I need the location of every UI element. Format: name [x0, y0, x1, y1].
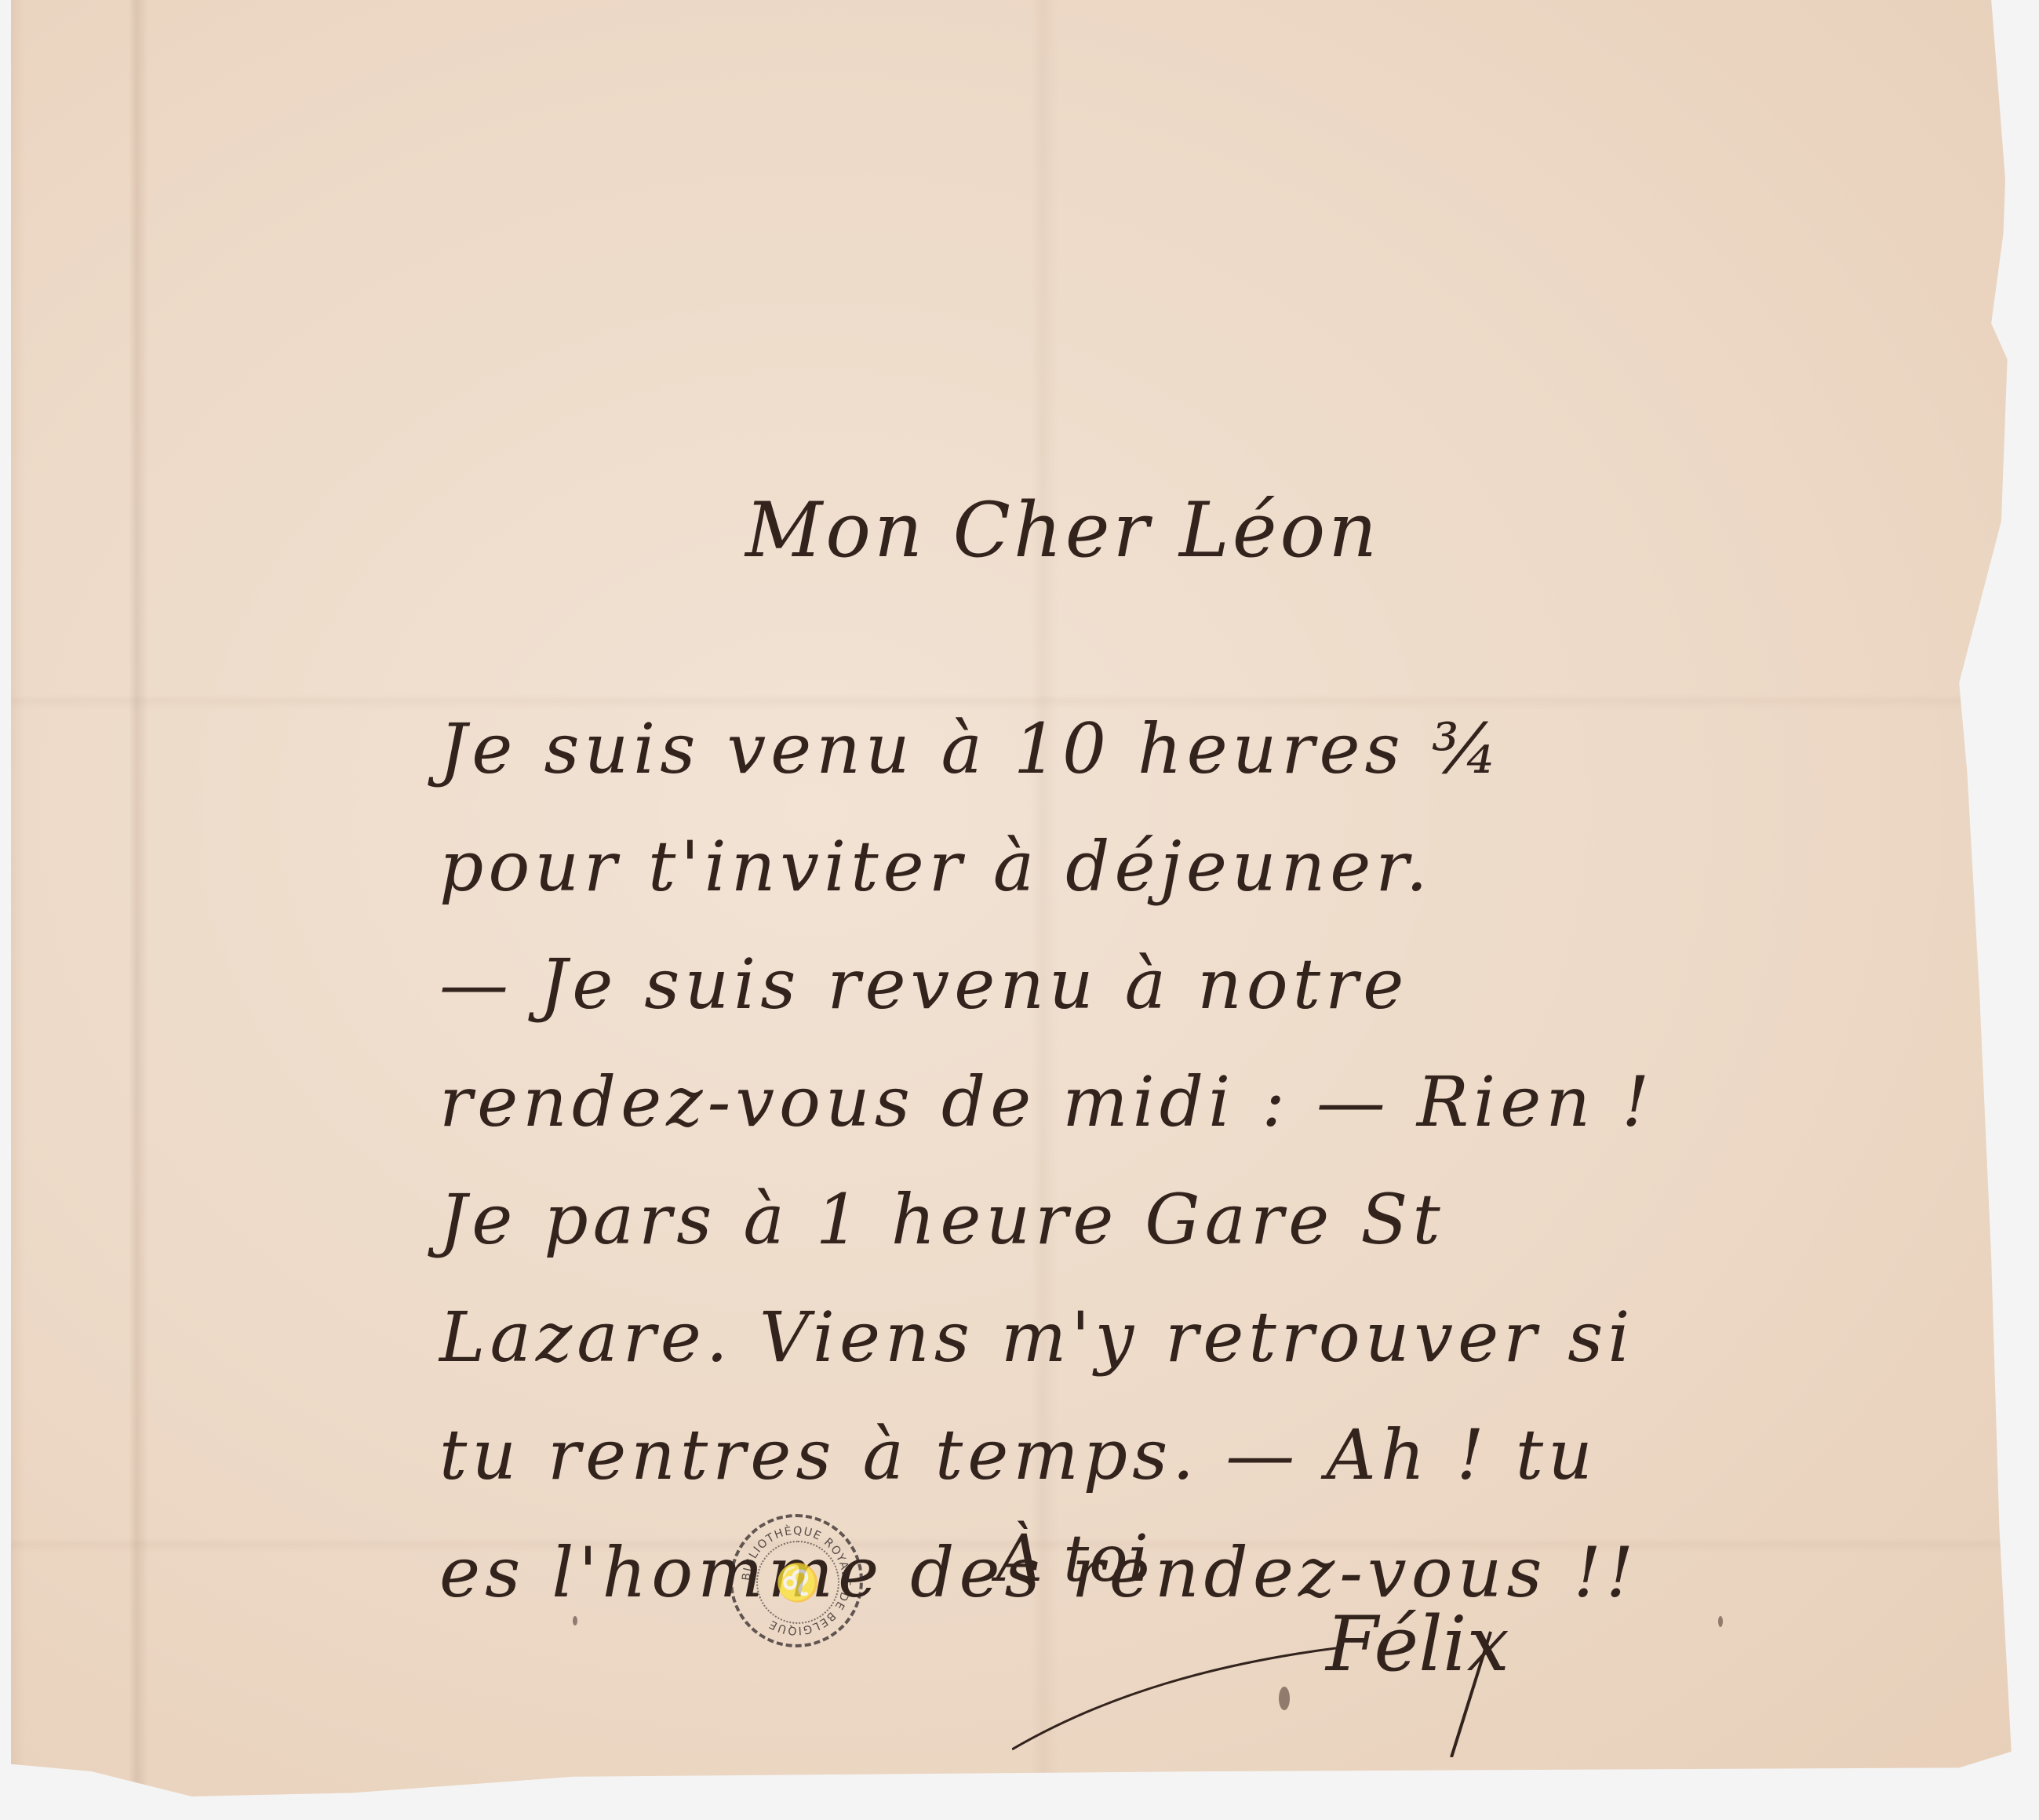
- body-line-4: rendez-vous de midi : — Rien !: [439, 1043, 1969, 1161]
- body-line-7: tu rentres à temps. — Ah ! tu: [439, 1396, 1969, 1514]
- body-line-3: — Je suis revenu à notre: [439, 926, 1969, 1043]
- salutation: Mon Cher Léon: [745, 486, 1380, 574]
- body-line-5: Je pars à 1 heure Gare St: [439, 1161, 1969, 1279]
- ink-speck: [1718, 1616, 1723, 1627]
- body-line-2: pour t'inviter à déjeuner.: [439, 808, 1969, 926]
- library-stamp: BIBLIOTHÈQUE ROYALE DE BELGIQUE ♌: [730, 1514, 863, 1647]
- ink-speck: [573, 1616, 577, 1625]
- ink-blot: [1279, 1687, 1290, 1710]
- lion-emblem-icon: ♌: [756, 1541, 839, 1624]
- letter-body: Je suis venu à 10 heures ¾ pour t'invite…: [439, 690, 1969, 1632]
- body-line-1: Je suis venu à 10 heures ¾: [439, 690, 1969, 808]
- signature: Félix: [1326, 1600, 1509, 1688]
- body-line-6: Lazare. Viens m'y retrouver si: [439, 1279, 1969, 1396]
- closing: À toi: [996, 1522, 1149, 1596]
